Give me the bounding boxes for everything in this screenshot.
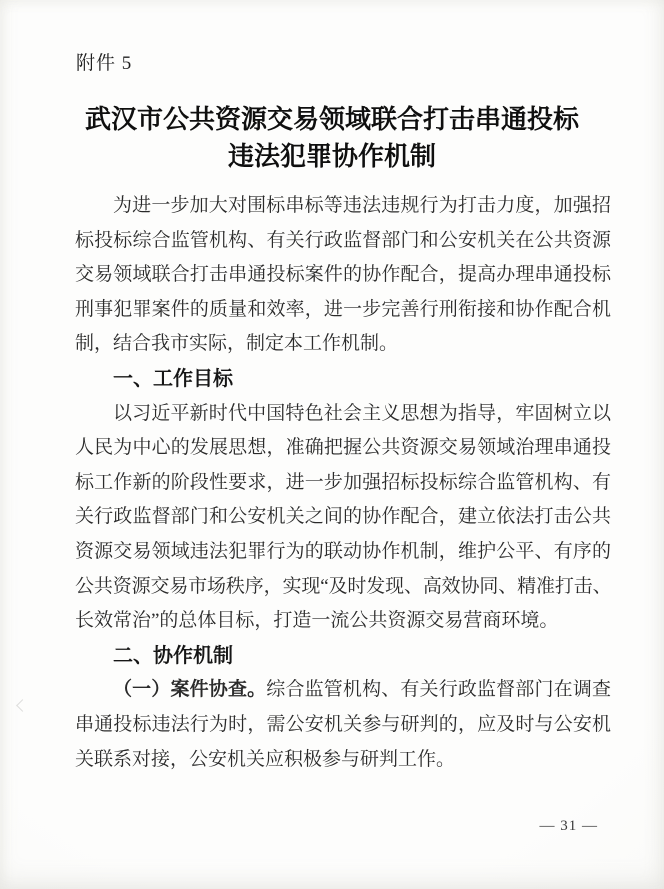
body-line: 资源交易领域违法犯罪行为的联动协作机制，维护公平、有序的 bbox=[75, 535, 611, 570]
title-line-2: 违法犯罪协作机制 bbox=[0, 138, 664, 175]
body-line: 串通投标违法行为时，需公安机关参与研判的，应及时与公安机 bbox=[75, 708, 611, 743]
body-text: 串通投标违法行为时，需公安机关参与研判的，应及时与公安机 bbox=[75, 714, 611, 735]
page-number: — 31 — bbox=[540, 818, 599, 835]
body-text: 交易领域联合打击串通投标案件的协作配合，提高办理串通投标 bbox=[75, 264, 611, 285]
attachment-label: 附件 5 bbox=[76, 48, 132, 75]
body-line: 为进一步加大对围标串标等违法违规行为打击力度，加强招 bbox=[75, 189, 611, 224]
body-text: 刑事犯罪案件的质量和效率，进一步完善行刑衔接和协作配合机 bbox=[75, 299, 611, 320]
body-text: 标投标综合监管机构、有关行政监督部门和公安机关在公共资源 bbox=[75, 230, 611, 251]
body-text: 关行政监督部门和公安机关之间的协作配合，建立依法打击公共 bbox=[75, 506, 611, 527]
body-text: 公共资源交易市场秩序，实现“及时发现、高效协同、精准打击、 bbox=[75, 576, 611, 597]
body-text: 制，结合我市实际，制定本工作机制。 bbox=[75, 333, 398, 354]
body-text: 以习近平新时代中国特色社会主义思想为指导，牢固树立以 bbox=[113, 403, 611, 424]
section-heading: 二、协作机制 bbox=[75, 639, 611, 674]
body-text: 为进一步加大对围标串标等违法违规行为打击力度，加强招 bbox=[113, 195, 611, 216]
body-line: 关联系对接，公安机关应积极参与研判工作。 bbox=[75, 743, 611, 778]
body-line: 人民为中心的发展思想，准确把握公共资源交易领域治理串通投 bbox=[75, 431, 611, 466]
body-line: 长效常治”的总体目标，打造一流公共资源交易营商环境。 bbox=[75, 604, 611, 639]
document-body: 为进一步加大对围标串标等违法违规行为打击力度，加强招标投标综合监管机构、有关行政… bbox=[75, 189, 611, 777]
body-line: 关行政监督部门和公安机关之间的协作配合，建立依法打击公共 bbox=[75, 500, 611, 535]
body-line: 标投标综合监管机构、有关行政监督部门和公安机关在公共资源 bbox=[75, 224, 611, 259]
body-line: 以习近平新时代中国特色社会主义思想为指导，牢固树立以 bbox=[75, 397, 611, 432]
scan-artifact bbox=[16, 699, 29, 712]
body-text: 标工作新的阶段性要求，进一步加强招标投标综合监管机构、有 bbox=[75, 472, 611, 493]
body-text: 关联系对接，公安机关应积极参与研判工作。 bbox=[75, 749, 455, 770]
body-line: 公共资源交易市场秩序，实现“及时发现、高效协同、精准打击、 bbox=[75, 570, 611, 605]
body-text: 综合监管机构、有关行政监督部门在调查 bbox=[266, 679, 611, 700]
body-line: 交易领域联合打击串通投标案件的协作配合，提高办理串通投标 bbox=[75, 258, 611, 293]
body-text: 资源交易领域违法犯罪行为的联动协作机制，维护公平、有序的 bbox=[75, 541, 611, 562]
document-page: 附件 5 武汉市公共资源交易领域联合打击串通投标 违法犯罪协作机制 为进一步加大… bbox=[0, 0, 664, 889]
body-line: （一）案件协查。综合监管机构、有关行政监督部门在调查 bbox=[75, 673, 611, 708]
body-line: 标工作新的阶段性要求，进一步加强招标投标综合监管机构、有 bbox=[75, 466, 611, 501]
body-line: 制，结合我市实际，制定本工作机制。 bbox=[75, 327, 611, 362]
body-text: 人民为中心的发展思想，准确把握公共资源交易领域治理串通投 bbox=[75, 437, 611, 458]
section-heading: 一、工作目标 bbox=[75, 362, 611, 397]
body-line: 刑事犯罪案件的质量和效率，进一步完善行刑衔接和协作配合机 bbox=[75, 293, 611, 328]
title-line-1: 武汉市公共资源交易领域联合打击串通投标 bbox=[0, 101, 664, 138]
body-text: 长效常治”的总体目标，打造一流公共资源交易营商环境。 bbox=[75, 610, 558, 631]
emphasis-text: （一）案件协查。 bbox=[113, 679, 266, 700]
document-title: 武汉市公共资源交易领域联合打击串通投标 违法犯罪协作机制 bbox=[0, 101, 664, 175]
